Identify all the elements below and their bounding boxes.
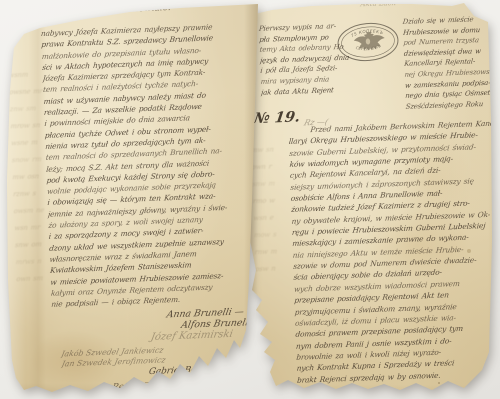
act-body-text: Przed nami Jakóbem Berkowskim Rejentem K… [288,118,500,386]
handwritten-line: Sześćdziesiątego Roku [405,98,496,112]
handwritten-line: mow s [253,226,289,244]
signature-block: Anna Brunelli — Alfons Brunelli, Józef K… [52,306,259,347]
handwritten-line: mrws n [15,253,51,271]
left-page-wrapper: Mo dowiale. nabywcy Józefa Kazimierza na… [0,0,258,399]
handwritten-line: snow rm [11,151,47,169]
handwritten-line: owsne mr [8,83,44,101]
photo-of-manuscript: 75 КОПЕЕКЪ СЕРЕБРОМЪ Akta Lach — Pierwsz… [0,0,500,399]
handwritten-line: owsm ne [13,202,49,220]
show-through-text: wsnmowsne mrznw smmrow snwsne msnow rmmw… [8,66,50,288]
ink-specks [288,390,290,392]
handwritten-line: osw n [254,260,290,278]
notary-margin-note: Pierwszy wypis na ar-pła Stemplowym pote… [259,21,354,98]
act-continuation-text: nabywcy Józefa Kazimierza nayłepszy praw… [41,20,258,310]
witness-signatures: Jakób Szwedel Jankiewicz Jan Szwedek Jer… [53,342,260,369]
right-page-content: Akta Lach — Pierwszy wypis na ar-pła Ste… [254,0,494,4]
left-page-content: Mo dowiale. nabywcy Józefa Kazimierza na… [40,0,261,394]
handwritten-line: rznw s [12,185,48,203]
pencil-note: Akta Lach — [317,0,448,10]
handwritten-line: wsnm [8,66,44,84]
right-page: 75 КОПЕЕКЪ СЕРЕБРОМЪ Akta Lach — Pierwsz… [242,0,500,399]
handwritten-line: rnw m [254,243,290,261]
act-dateline: Działo się w mieścieHrubieszowie w domup… [403,14,496,112]
handwritten-line: snw om [14,236,50,254]
handwritten-line: own sm [16,270,52,288]
right-page-wrapper: 75 КОПЕЕКЪ СЕРЕБРОМЪ Akta Lach — Pierwsz… [242,0,500,399]
handwritten-line: znw sm [9,100,45,118]
handwritten-line: mrow sn [10,117,46,135]
left-page: Mo dowiale. nabywcy Józefa Kazimierza na… [0,0,258,399]
handwritten-line: mw osn [12,168,48,186]
handwritten-line: wsn mr [14,219,50,237]
handwritten-line: wsne m [10,134,46,152]
